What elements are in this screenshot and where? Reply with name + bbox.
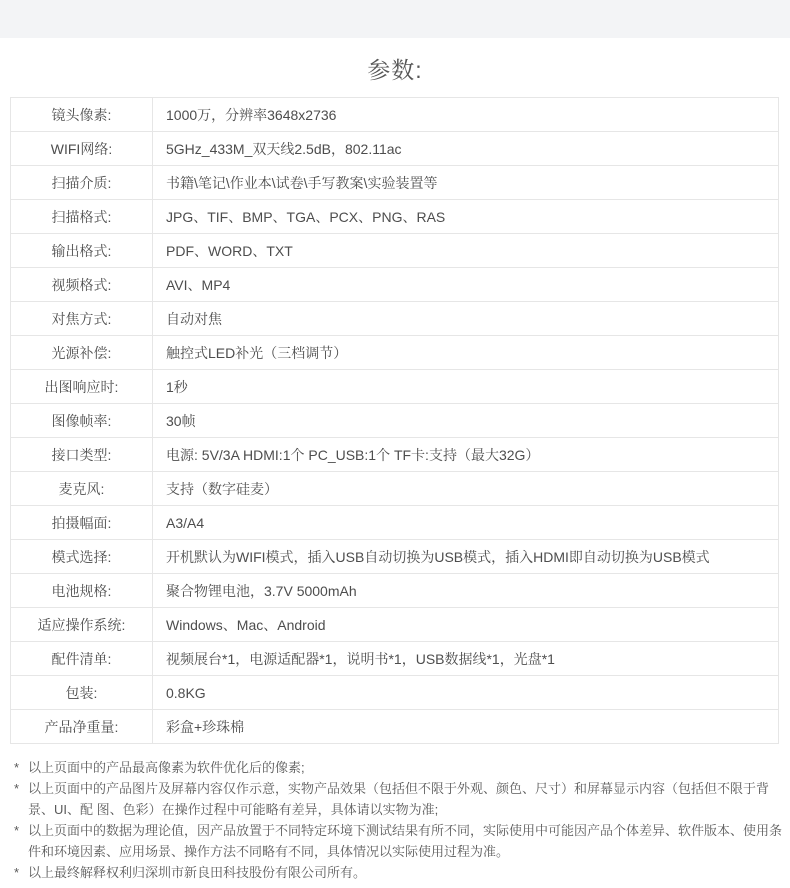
spec-label: 镜头像素:	[11, 98, 153, 132]
spec-value: Windows、Mac、Android	[153, 608, 779, 642]
page-title: 参数:	[0, 52, 790, 85]
spec-value: 0.8KG	[153, 676, 779, 710]
spec-table: 镜头像素:1000万，分辨率3648x2736WIFI网络:5GHz_433M_…	[10, 97, 779, 744]
spec-label: 产品净重量:	[11, 710, 153, 744]
top-gray-bar	[0, 0, 790, 38]
table-row: 模式选择:开机默认为WIFI模式，插入USB自动切换为USB模式，插入HDMI即…	[11, 540, 779, 574]
table-row: 光源补偿:触控式LED补光（三档调节）	[11, 336, 779, 370]
spec-value: 电源: 5V/3A HDMI:1个 PC_USB:1个 TF卡:支持（最大32G…	[153, 438, 779, 472]
footnote-marker: *	[14, 778, 28, 799]
table-row: 对焦方式:自动对焦	[11, 302, 779, 336]
spec-label: 输出格式:	[11, 234, 153, 268]
spec-table-body: 镜头像素:1000万，分辨率3648x2736WIFI网络:5GHz_433M_…	[11, 98, 779, 744]
spec-label: 麦克风:	[11, 472, 153, 506]
spec-label: 图像帧率:	[11, 404, 153, 438]
spec-label: 出图响应时:	[11, 370, 153, 404]
spec-value: 彩盒+珍珠棉	[153, 710, 779, 744]
table-row: 视频格式:AVI、MP4	[11, 268, 779, 302]
spec-label: 扫描格式:	[11, 200, 153, 234]
footnote-text: 以上最终解释权利归深圳市新良田科技股份有限公司所有。	[28, 862, 782, 883]
table-row: 镜头像素:1000万，分辨率3648x2736	[11, 98, 779, 132]
table-row: 适应操作系统:Windows、Mac、Android	[11, 608, 779, 642]
table-row: 包装:0.8KG	[11, 676, 779, 710]
spec-label: 拍摄幅面:	[11, 506, 153, 540]
spec-value: 1秒	[153, 370, 779, 404]
footnote-text: 以上页面中的产品最高像素为软件优化后的像素;	[28, 757, 782, 778]
spec-value: 聚合物锂电池，3.7V 5000mAh	[153, 574, 779, 608]
table-row: 扫描介质:书籍\笔记\作业本\试卷\手写教案\实验装置等	[11, 166, 779, 200]
spec-label: 对焦方式:	[11, 302, 153, 336]
table-row: 配件清单:视频展台*1，电源适配器*1，说明书*1，USB数据线*1，光盘*1	[11, 642, 779, 676]
footnote-item: *以上页面中的产品图片及屏幕内容仅作示意，实物产品效果（包括但不限于外观、颜色、…	[14, 778, 782, 820]
spec-value: PDF、WORD、TXT	[153, 234, 779, 268]
spec-label: 光源补偿:	[11, 336, 153, 370]
spec-value: 支持（数字硅麦）	[153, 472, 779, 506]
spec-value: 触控式LED补光（三档调节）	[153, 336, 779, 370]
table-row: WIFI网络:5GHz_433M_双天线2.5dB，802.11ac	[11, 132, 779, 166]
spec-value: 5GHz_433M_双天线2.5dB，802.11ac	[153, 132, 779, 166]
spec-value: 开机默认为WIFI模式，插入USB自动切换为USB模式，插入HDMI即自动切换为…	[153, 540, 779, 574]
table-row: 麦克风:支持（数字硅麦）	[11, 472, 779, 506]
spec-label: 配件清单:	[11, 642, 153, 676]
table-row: 输出格式:PDF、WORD、TXT	[11, 234, 779, 268]
table-row: 拍摄幅面:A3/A4	[11, 506, 779, 540]
spec-value: JPG、TIF、BMP、TGA、PCX、PNG、RAS	[153, 200, 779, 234]
spec-label: 模式选择:	[11, 540, 153, 574]
footnote-item: *以上页面中的数据为理论值，因产品放置于不同特定环境下测试结果有所不同，实际使用…	[14, 820, 782, 862]
spec-value: 自动对焦	[153, 302, 779, 336]
footnote-item: *以上最终解释权利归深圳市新良田科技股份有限公司所有。	[14, 862, 782, 883]
table-row: 出图响应时:1秒	[11, 370, 779, 404]
spec-value: 1000万，分辨率3648x2736	[153, 98, 779, 132]
table-row: 电池规格:聚合物锂电池，3.7V 5000mAh	[11, 574, 779, 608]
footnote-marker: *	[14, 820, 28, 841]
spec-label: 适应操作系统:	[11, 608, 153, 642]
spec-label: WIFI网络:	[11, 132, 153, 166]
footnotes: *以上页面中的产品最高像素为软件优化后的像素;*以上页面中的产品图片及屏幕内容仅…	[14, 757, 782, 883]
footnote-text: 以上页面中的数据为理论值，因产品放置于不同特定环境下测试结果有所不同，实际使用中…	[28, 820, 782, 862]
spec-label: 包装:	[11, 676, 153, 710]
spec-label: 电池规格:	[11, 574, 153, 608]
table-row: 扫描格式:JPG、TIF、BMP、TGA、PCX、PNG、RAS	[11, 200, 779, 234]
spec-value: 视频展台*1，电源适配器*1，说明书*1，USB数据线*1，光盘*1	[153, 642, 779, 676]
spec-value: AVI、MP4	[153, 268, 779, 302]
table-row: 产品净重量:彩盒+珍珠棉	[11, 710, 779, 744]
table-row: 图像帧率:30帧	[11, 404, 779, 438]
spec-value: 书籍\笔记\作业本\试卷\手写教案\实验装置等	[153, 166, 779, 200]
table-row: 接口类型:电源: 5V/3A HDMI:1个 PC_USB:1个 TF卡:支持（…	[11, 438, 779, 472]
spec-label: 接口类型:	[11, 438, 153, 472]
spec-label: 视频格式:	[11, 268, 153, 302]
spec-label: 扫描介质:	[11, 166, 153, 200]
footnote-text: 以上页面中的产品图片及屏幕内容仅作示意，实物产品效果（包括但不限于外观、颜色、尺…	[28, 778, 782, 820]
footnote-marker: *	[14, 757, 28, 778]
spec-value: A3/A4	[153, 506, 779, 540]
footnote-item: *以上页面中的产品最高像素为软件优化后的像素;	[14, 757, 782, 778]
footnote-marker: *	[14, 862, 28, 883]
spec-value: 30帧	[153, 404, 779, 438]
